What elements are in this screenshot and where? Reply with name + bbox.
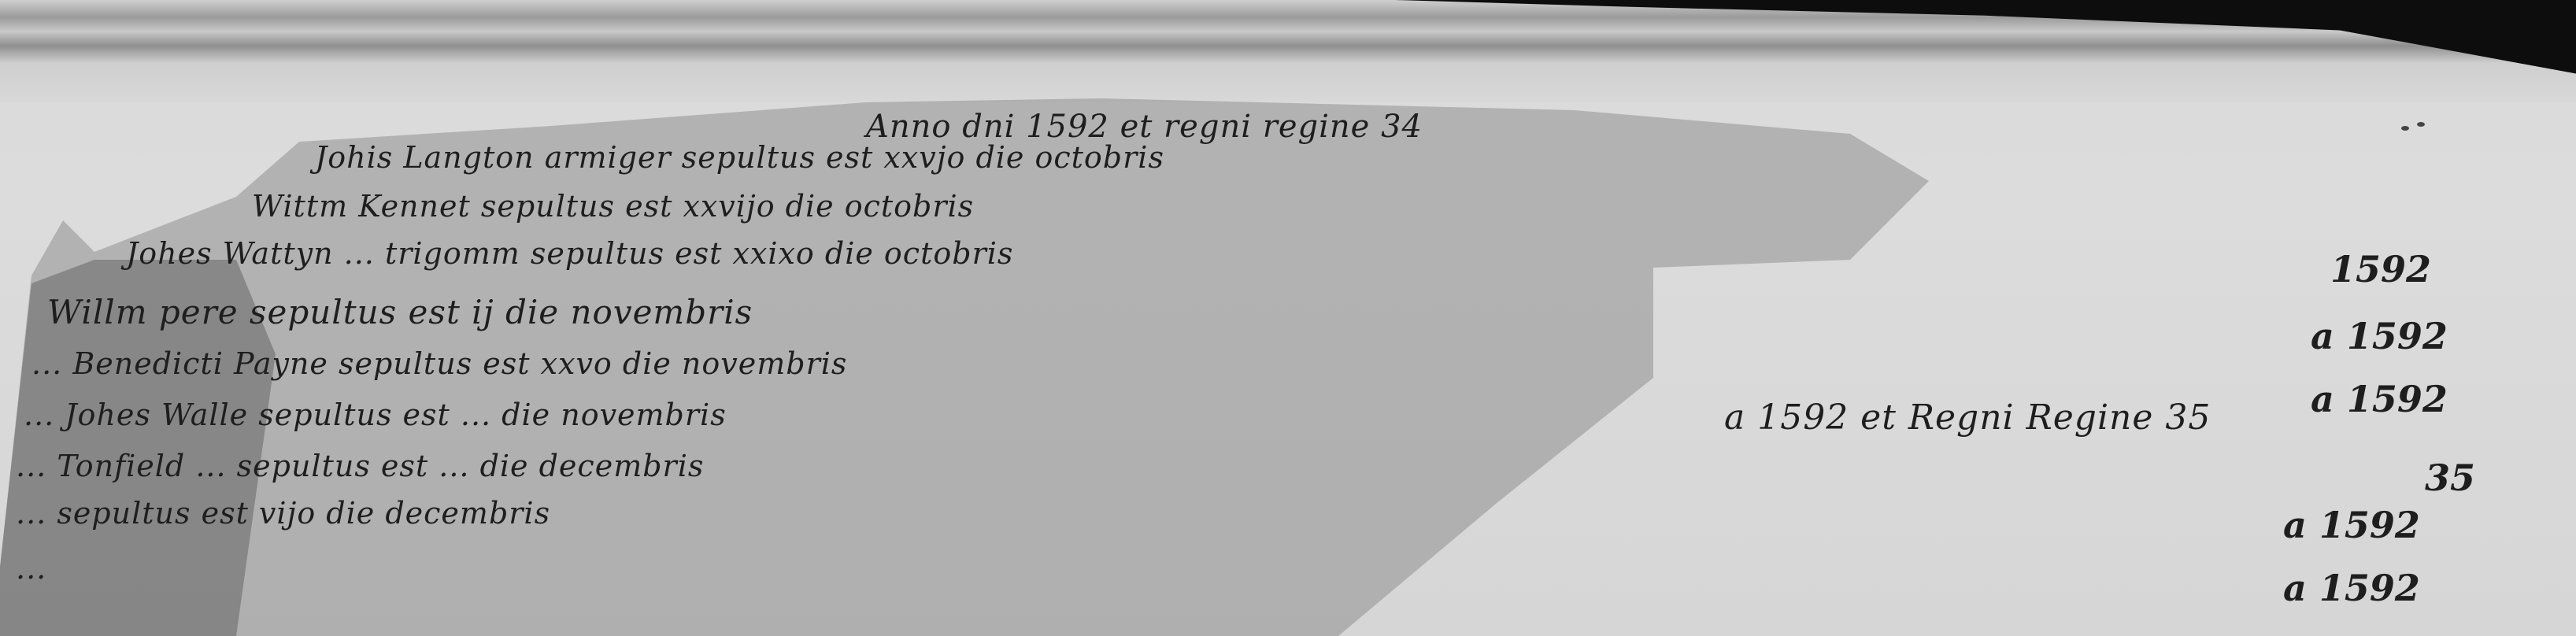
- entry-line: ...: [16, 551, 46, 586]
- margin-year: 35: [2425, 457, 2475, 499]
- entry-line: Johis Langton armiger sepultus est xxvjo…: [315, 140, 1164, 175]
- ink-speck: [2401, 126, 2409, 131]
- entry-line: ... Benedicti Payne sepultus est xxvo di…: [31, 346, 847, 381]
- margin-year: a 1592: [2283, 567, 2420, 609]
- margin-year: a 1592: [2311, 315, 2448, 357]
- side-note: a 1592 et Regni Regine 35: [1724, 397, 2211, 438]
- margin-year: a 1592: [2283, 504, 2420, 546]
- ink-speck: [2417, 122, 2425, 127]
- entry-line: ... sepultus est vijo die decembris: [16, 496, 550, 531]
- manuscript-page: Anno dni 1592 et regni regine 34 Johis L…: [0, 0, 2576, 636]
- margin-year: a 1592: [2311, 378, 2448, 420]
- entry-line: Wittm Kennet sepultus est xxvijo die oct…: [252, 189, 974, 224]
- entry-line: ... Johes Walle sepultus est ... die nov…: [24, 397, 727, 432]
- margin-year: 1592: [2330, 248, 2431, 290]
- entry-line: ... Tonfield ... sepultus est ... die de…: [16, 449, 704, 483]
- entry-line: Willm pere sepultus est ij die novembris: [47, 293, 753, 331]
- entry-line: Johes Wattyn ... trigomm sepultus est xx…: [126, 236, 1013, 271]
